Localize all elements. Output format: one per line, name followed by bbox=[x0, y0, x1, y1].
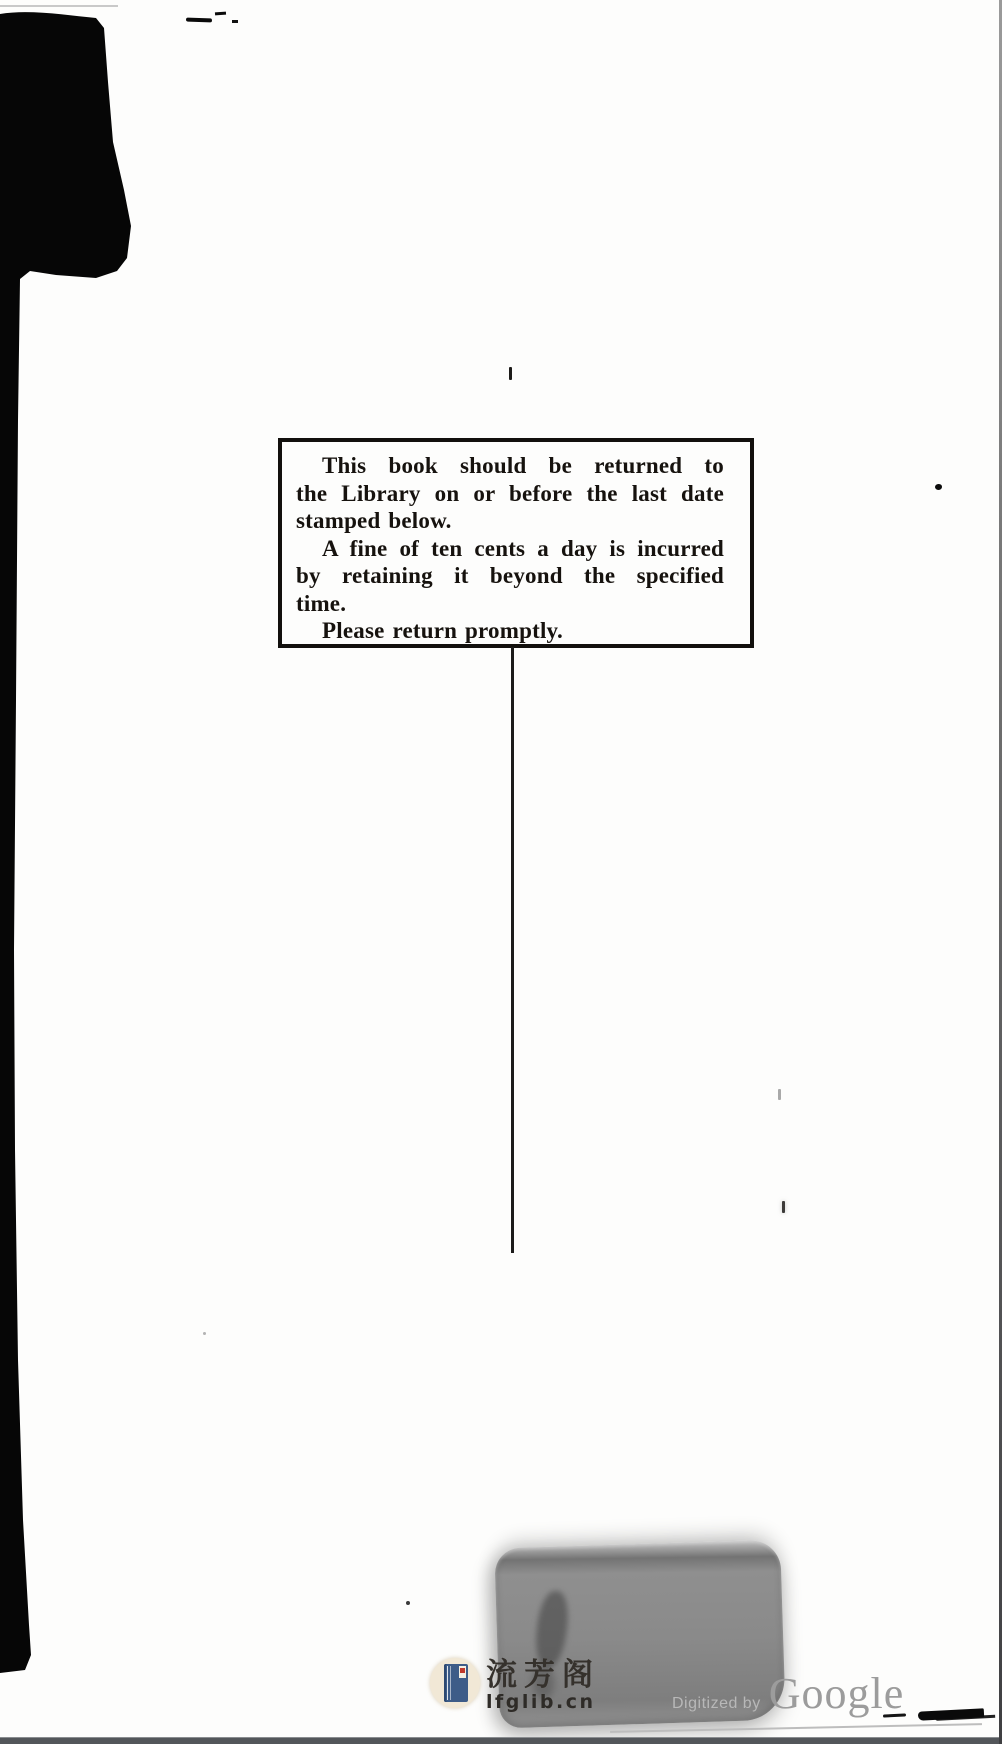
library-notice-box: This book should be returned to the Libr… bbox=[278, 438, 754, 648]
ink-dot bbox=[406, 1601, 410, 1605]
watermark-site-name: 流芳阁 bbox=[486, 1658, 600, 1692]
notice-line: the Library on or before the last date bbox=[296, 480, 724, 508]
page-top-edge-line bbox=[0, 5, 118, 7]
digitization-attribution: Digitized byGoogle bbox=[672, 1668, 904, 1719]
smudge-dot bbox=[203, 1332, 206, 1335]
pen-tick-mark bbox=[509, 367, 512, 380]
notice-line: stamped below. bbox=[296, 507, 724, 535]
book-stitch-lines bbox=[447, 1666, 448, 1700]
notice-line: A fine of ten cents a day is incurred bbox=[296, 535, 724, 563]
notice-line: This book should be returned to bbox=[296, 452, 724, 480]
book-icon bbox=[444, 1664, 468, 1702]
ink-dash-mark bbox=[186, 18, 212, 23]
notice-line: time. bbox=[296, 590, 724, 618]
smudge-tick bbox=[778, 1089, 781, 1100]
watermark-texts: 流芳阁 lfglib.cn bbox=[486, 1658, 600, 1712]
book-seal bbox=[460, 1668, 465, 1673]
smudge-tick bbox=[782, 1201, 785, 1213]
watermark-site-url: lfglib.cn bbox=[486, 1692, 600, 1712]
watermark-logo-circle bbox=[430, 1658, 480, 1708]
site-watermark: 流芳阁 lfglib.cn bbox=[430, 1658, 600, 1712]
scanned-page: This book should be returned to the Libr… bbox=[0, 0, 1002, 1744]
ink-dot bbox=[935, 484, 942, 490]
digitized-by-text: Digitized by bbox=[672, 1695, 761, 1712]
google-logo: Google bbox=[769, 1669, 905, 1718]
scan-bottom-edge-bar bbox=[0, 1737, 1002, 1744]
ink-blot-and-left-strip bbox=[0, 0, 1002, 1744]
notice-line: Please return promptly. bbox=[296, 617, 724, 645]
ink-dash-mark bbox=[232, 20, 238, 23]
notice-line: by retaining it beyond the specified bbox=[296, 562, 724, 590]
page-crease-line bbox=[511, 647, 514, 1253]
